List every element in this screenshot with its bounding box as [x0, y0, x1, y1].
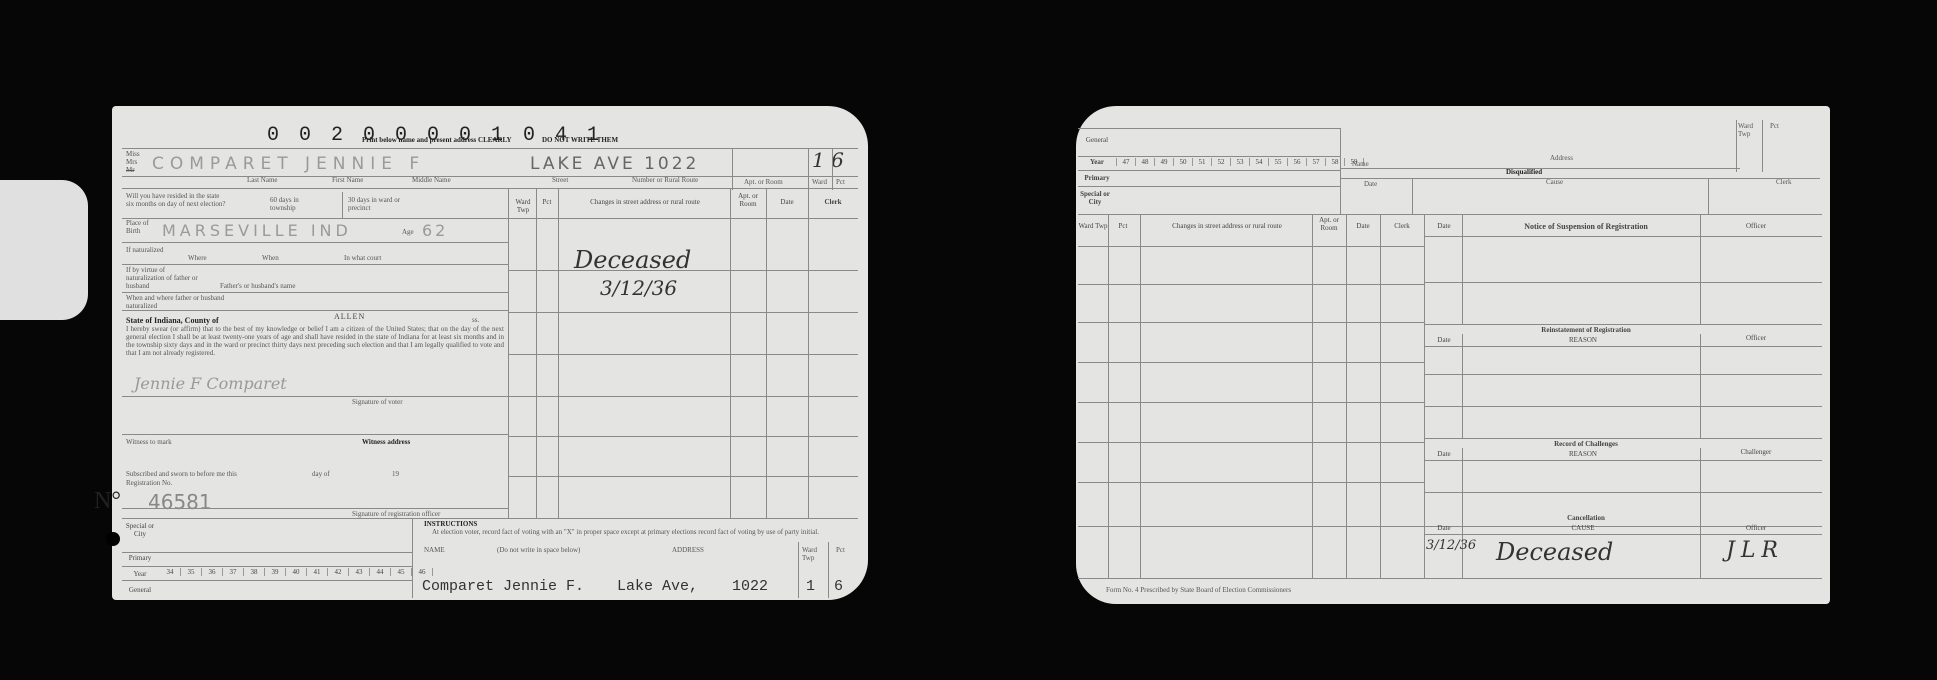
salutation-mr: Mr — [126, 166, 135, 174]
disqualified-cause-label: Cause — [1546, 178, 1563, 186]
naturalized-where-label: Where — [188, 254, 207, 262]
grid-row-special: Special or City — [122, 522, 158, 538]
challenges-date-label: Date — [1426, 450, 1462, 458]
footer-name-label: NAME — [424, 546, 445, 554]
state-label: State of Indiana, County of — [126, 316, 219, 325]
changes-header-pct: Pct — [1108, 222, 1138, 230]
changes-header-pct: Pct — [536, 198, 558, 206]
changes-header-clerk: Clerk — [808, 198, 858, 206]
reinstatement-date-label: Date — [1426, 336, 1462, 344]
witness-mark-label: Witness to mark — [126, 438, 172, 446]
registration-number: 46581 — [148, 490, 212, 514]
left-year-row: 34 35 36 37 38 39 40 41 42 43 44 45 46 — [160, 568, 433, 576]
year-cell: 43 — [349, 568, 370, 576]
oath-text: I hereby swear (or affirm) that to the b… — [126, 325, 504, 357]
punch-hole — [106, 532, 120, 546]
changes-header-clerk: Clerk — [1380, 222, 1424, 230]
registration-card-back: General Year Primary Special or City 47 … — [1076, 106, 1830, 604]
witness-address-label: Witness address — [362, 438, 410, 446]
year-cell: 39 — [265, 568, 286, 576]
footer-address-label: ADDRESS — [672, 546, 704, 554]
year-cell: 54 — [1249, 158, 1268, 166]
ward-days-label: 30 days in ward or precinct — [348, 196, 408, 212]
label-number: Number or Rural Route — [632, 176, 698, 184]
salutation-miss: Miss — [126, 150, 140, 158]
deceased-note: Deceased — [574, 246, 691, 274]
footer-ward-label: Ward Twp — [802, 546, 822, 562]
label-ward: Ward — [812, 178, 827, 186]
changes-header-address: Changes in street address or rural route — [560, 198, 730, 206]
grid-row-general: General — [1080, 136, 1114, 144]
ss-label: ss. — [472, 316, 479, 324]
cancellation-cause-label: CAUSE — [1466, 524, 1700, 532]
changes-header-apt: Apt. or Room — [1312, 216, 1346, 232]
salutation-mrs: Mrs — [126, 158, 137, 166]
changes-header-address: Changes in street address or rural route — [1142, 222, 1312, 230]
header-pct-label: Pct — [1770, 122, 1779, 130]
grid-row-general: General — [122, 586, 158, 594]
changes-header-ward: Ward Twp — [510, 198, 536, 214]
header-name-label: Name — [1352, 160, 1369, 168]
year-cell: 40 — [286, 568, 307, 576]
changes-header-date: Date — [1346, 222, 1380, 230]
header-ward-twp-label: Ward Twp — [1738, 122, 1758, 138]
disqualified-label: Disqualified — [1506, 168, 1542, 176]
instructions-title: INSTRUCTIONS — [424, 520, 477, 528]
grid-row-special: Special or City — [1080, 190, 1110, 206]
year-cell: 47 — [1116, 158, 1135, 166]
place-of-birth-label: Place of Birth — [126, 219, 156, 235]
ward-pct-handwritten: 1 6 — [812, 148, 844, 172]
cancellation-title: Cancellation — [1466, 514, 1706, 522]
year-cell: 55 — [1268, 158, 1287, 166]
suspension-date-label: Date — [1426, 222, 1462, 230]
typed-ward: 1 — [806, 578, 815, 595]
naturalized-when-label: When — [262, 254, 279, 262]
typed-number: 1022 — [732, 578, 768, 595]
label-pct: Pct — [836, 178, 845, 186]
year-cell: 42 — [328, 568, 349, 576]
deceased-date: 3/12/36 — [600, 276, 677, 300]
year-cell: 48 — [1135, 158, 1154, 166]
grid-row-primary: Primary — [1080, 174, 1114, 182]
disqualified-date-label: Date — [1364, 180, 1377, 188]
year-cell: 45 — [391, 568, 412, 576]
header-address-label: Address — [1550, 154, 1573, 162]
year-cell: 50 — [1173, 158, 1192, 166]
registration-card-front: 0 0 2 0 0 0 0 1 0 4 1 Print below name a… — [112, 106, 868, 600]
age-value: 62 — [422, 221, 448, 240]
typed-street: Lake Ave, — [617, 578, 698, 595]
reinstatement-reason-label: REASON — [1466, 336, 1700, 344]
changes-header-ward: Ward Twp — [1078, 222, 1108, 230]
label-middle-name: Middle Name — [412, 176, 451, 184]
film-edge-blob — [0, 180, 88, 320]
reinstatement-title: Reinstatement of Registration — [1466, 326, 1706, 334]
township-label: 60 days in township — [270, 196, 320, 212]
name-handwritten: COMPARET JENNIE F — [152, 154, 425, 174]
year-cell: 51 — [1192, 158, 1211, 166]
typed-pct: 6 — [834, 578, 843, 595]
grid-row-year: Year — [1080, 158, 1114, 166]
year-cell: 58 — [1325, 158, 1344, 166]
year-cell: 36 — [202, 568, 223, 576]
label-last-name: Last Name — [247, 176, 278, 184]
signature-officer-label: Signature of registration officer — [352, 510, 440, 518]
cancellation-cause-value: Deceased — [1496, 538, 1613, 566]
footer-pct-label: Pct — [836, 546, 845, 554]
naturalized-court-label: In what court — [344, 254, 381, 262]
cancellation-officer-label: Officer — [1706, 524, 1806, 532]
voter-signature: Jennie F Comparet — [134, 374, 287, 393]
year-cell: 56 — [1287, 158, 1306, 166]
year-cell: 38 — [244, 568, 265, 576]
year-cell: 41 — [307, 568, 328, 576]
year-cell: 35 — [181, 568, 202, 576]
registration-no-label: Registration No. — [126, 479, 172, 487]
reinstatement-officer-label: Officer — [1706, 334, 1806, 342]
age-label: Age — [402, 228, 414, 236]
label-apt: Apt. or Room — [744, 178, 783, 186]
signature-voter-label: Signature of voter — [352, 398, 403, 406]
grid-row-primary: Primary — [122, 554, 158, 562]
naturalization-father-label: If by virtue of naturalization of father… — [126, 266, 202, 290]
label-first-name: First Name — [332, 176, 363, 184]
changes-header-date: Date — [766, 198, 808, 206]
year-cell: 46 — [412, 568, 433, 576]
challenges-title: Record of Challenges — [1466, 440, 1706, 448]
challenges-reason-label: REASON — [1466, 450, 1700, 458]
naturalized-label: If naturalized — [126, 246, 164, 254]
cancellation-date-label: Date — [1426, 524, 1462, 532]
when-where-label: When and where father or husband natural… — [126, 294, 226, 310]
county-value: ALLEN — [334, 312, 365, 321]
header-instruction: Print below name and present address CLE… — [362, 136, 512, 144]
form-footer: Form No. 4 Prescribed by State Board of … — [1106, 586, 1291, 594]
subscribed-label: Subscribed and sworn to before me this — [126, 470, 237, 478]
do-not-write-label: DO NOT WRITE THEM — [542, 136, 618, 144]
no-label: N° — [94, 488, 121, 515]
year-prefix: 19 — [392, 470, 399, 478]
instructions-text: At election voter, record fact of voting… — [432, 528, 852, 536]
street-handwritten: LAKE AVE 1022 — [530, 154, 699, 174]
typed-name: Comparet Jennie F. — [422, 578, 584, 595]
place-of-birth-value: MARSEVILLE IND — [162, 221, 352, 240]
residence-question: Will you have resided in the state six m… — [126, 192, 226, 208]
footer-do-not-write: (Do not write in space below) — [497, 546, 580, 554]
grid-row-year: Year — [122, 570, 158, 578]
label-street: Street — [552, 176, 568, 184]
suspension-title: Notice of Suspension of Registration — [1466, 222, 1706, 231]
cancellation-date-value: 3/12/36 — [1426, 538, 1462, 553]
cancellation-officer-value: JLR — [1726, 538, 1784, 563]
day-label: day of — [312, 470, 330, 478]
disqualified-clerk-label: Clerk — [1776, 178, 1792, 186]
year-cell: 34 — [160, 568, 181, 576]
changes-header-apt: Apt. or Room — [730, 192, 766, 208]
father-name-label: Father's or husband's name — [220, 282, 295, 290]
challenges-challenger-label: Challenger — [1706, 448, 1806, 456]
year-cell: 49 — [1154, 158, 1173, 166]
year-cell: 44 — [370, 568, 391, 576]
right-year-row: 47 48 49 50 51 52 53 54 55 56 57 58 59 — [1116, 158, 1364, 166]
year-cell: 57 — [1306, 158, 1325, 166]
year-cell: 37 — [223, 568, 244, 576]
year-cell: 53 — [1230, 158, 1249, 166]
suspension-officer-label: Officer — [1706, 222, 1806, 230]
year-cell: 52 — [1211, 158, 1230, 166]
